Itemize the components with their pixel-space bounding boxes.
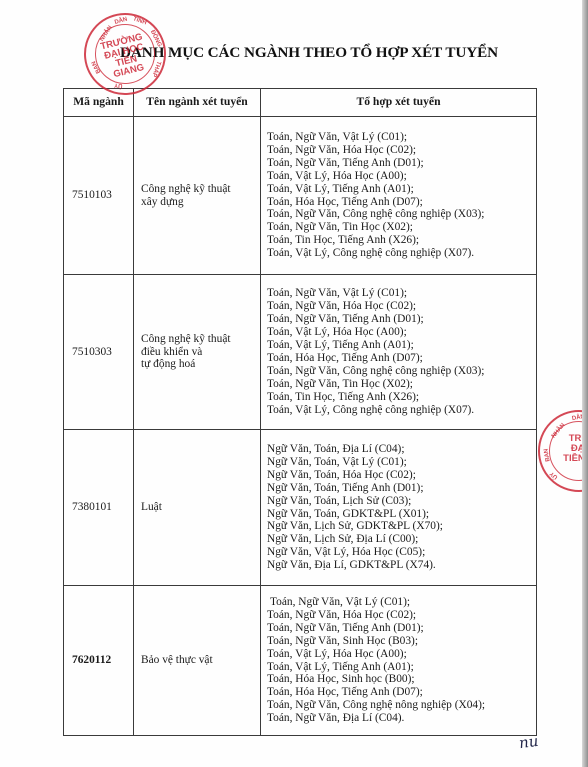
school-seal-stamp-partial: NHÂN DÂN BAN ỦY TRƯ ĐẠI TIỀN G [538, 410, 588, 492]
subject-combination-item: Ngữ Văn, Toán, Hóa Học (C02); [267, 469, 536, 482]
major-name-cell: Công nghệ kỹ thuậtxây dựng [134, 117, 261, 275]
major-name-line: Công nghệ kỹ thuật [141, 333, 259, 346]
subject-combination-item: Ngữ Văn, Địa Lí, GDKT&PL (X74). [267, 559, 536, 572]
major-code-cell: 7620112 [64, 586, 134, 736]
document-page: DANH MỤC CÁC NGÀNH THEO TỔ HỢP XÉT TUYỂN… [0, 0, 582, 767]
subject-combination-item: Ngữ Văn, Vật Lý, Hóa Học (C05); [267, 546, 536, 559]
subject-combinations-cell: Toán, Ngữ Văn, Vật Lý (C01);Toán, Ngữ Vă… [261, 275, 537, 430]
admission-combinations-table: Mã ngành Tên ngành xét tuyển Tổ hợp xét … [63, 88, 537, 736]
school-seal-stamp: NHÂN DÂN TỈNH ĐỒNG THÁP ỦY BAN TRƯỜNG ĐẠ… [80, 9, 170, 99]
major-code-cell: 7380101 [64, 430, 134, 586]
subject-combination-item: Toán, Hóa Học, Tiếng Anh (D07); [267, 196, 536, 209]
major-code-cell: 7510303 [64, 275, 134, 430]
subject-combination-item: Ngữ Văn, Toán, Địa Lí (C04); [267, 443, 536, 456]
subject-combination-item: Ngữ Văn, Toán, Lịch Sử (C03); [267, 495, 536, 508]
handwritten-initials: nu [518, 732, 540, 753]
subject-combination-item: Toán, Vật Lý, Tiếng Anh (A01); [267, 661, 536, 674]
subject-combination-item: Toán, Hóa Học, Sinh học (B00); [267, 673, 536, 686]
subject-combination-item: Toán, Ngữ Văn, Tin Học (X02); [267, 378, 536, 391]
major-name-cell: Công nghệ kỹ thuậtđiều khiển vàtự động h… [134, 275, 261, 430]
subject-combination-item: Toán, Vật Lý, Công nghệ công nghiệp (X07… [267, 404, 536, 417]
subject-combination-item: Toán, Ngữ Văn, Vật Lý (C01); [267, 131, 536, 144]
subject-combination-item: Toán, Ngữ Văn, Hóa Học (C02); [267, 300, 536, 313]
major-code-cell: 7510103 [64, 117, 134, 275]
stamp-ring-text: ỦY [114, 82, 123, 89]
major-name-line: Luật [141, 501, 259, 514]
subject-combination-item: Toán, Ngữ Văn, Tiếng Anh (D01); [267, 313, 536, 326]
subject-combination-item: Toán, Vật Lý, Hóa Học (A00); [267, 170, 536, 183]
document-title: DANH MỤC CÁC NGÀNH THEO TỔ HỢP XÉT TUYỂN [120, 44, 520, 62]
subject-combinations-cell: Toán, Ngữ Văn, Vật Lý (C01);Toán, Ngữ Vă… [261, 586, 537, 736]
table-row: 7380101LuậtNgữ Văn, Toán, Địa Lí (C04);N… [64, 430, 537, 586]
major-name-line: Bảo vệ thực vật [141, 654, 259, 667]
subject-combination-item: Toán, Ngữ Văn, Sinh Học (B03); [267, 635, 536, 648]
subject-combination-item: Ngữ Văn, Lịch Sử, Địa Lí (C00); [267, 533, 536, 546]
subject-combination-item: Toán, Ngữ Văn, Công nghệ công nghiệp (X0… [267, 208, 536, 221]
subject-combination-item: Ngữ Văn, Toán, Tiếng Anh (D01); [267, 482, 536, 495]
major-name-line: điều khiển và [141, 346, 259, 359]
subject-combination-item: Toán, Ngữ Văn, Tiếng Anh (D01); [267, 622, 536, 635]
subject-combination-item: Toán, Ngữ Văn, Hóa Học (C02); [267, 144, 536, 157]
header-subject-combinations: Tổ hợp xét tuyển [261, 89, 537, 117]
stamp-ring-text: BAN [543, 448, 551, 462]
subject-combination-item: Toán, Vật Lý, Hóa Học (A00); [267, 648, 536, 661]
subject-combination-item: Toán, Ngữ Văn, Địa Lí (C04). [267, 712, 536, 725]
major-name-cell: Luật [134, 430, 261, 586]
subject-combination-item: Toán, Vật Lý, Hóa Học (A00); [267, 326, 536, 339]
major-name-line: Công nghệ kỹ thuật [141, 183, 259, 196]
subject-combination-item: Toán, Ngữ Văn, Công nghệ nông nghiệp (X0… [267, 699, 536, 712]
subject-combination-item: Toán, Hóa Học, Tiếng Anh (D07); [267, 686, 536, 699]
major-name-line: xây dựng [141, 196, 259, 209]
stamp-ring-text: TỈNH [132, 16, 147, 26]
subject-combination-item: Toán, Vật Lý, Tiếng Anh (A01); [267, 339, 536, 352]
table-row: 7620112Bảo vệ thực vậtToán, Ngữ Văn, Vật… [64, 586, 537, 736]
subject-combination-item: Toán, Ngữ Văn, Công nghệ công nghiệp (X0… [267, 365, 536, 378]
header-major-name: Tên ngành xét tuyển [134, 89, 261, 117]
subject-combination-item: Ngữ Văn, Toán, Vật Lý (C01); [267, 456, 536, 469]
subject-combination-item: Toán, Ngữ Văn, Tiếng Anh (D01); [267, 157, 536, 170]
stamp-ring-text: ỦY [549, 470, 559, 480]
scan-page-edge [582, 0, 588, 767]
subject-combinations-cell: Toán, Ngữ Văn, Vật Lý (C01);Toán, Ngữ Vă… [261, 117, 537, 275]
subject-combination-item: Toán, Vật Lý, Công nghệ công nghiệp (X07… [267, 247, 536, 260]
stamp-ring-text: ĐỒNG [149, 29, 162, 48]
major-name-line: tự động hoá [141, 358, 259, 371]
table-row: 7510103Công nghệ kỹ thuậtxây dựngToán, N… [64, 117, 537, 275]
subject-combination-item: Toán, Tin Học, Tiếng Anh (X26); [267, 234, 536, 247]
major-name-cell: Bảo vệ thực vật [134, 586, 261, 736]
subject-combination-item: Toán, Ngữ Văn, Vật Lý (C01); [267, 596, 536, 609]
subject-combination-item: Ngữ Văn, Lịch Sử, GDKT&PL (X70); [267, 520, 536, 533]
subject-combinations-cell: Ngữ Văn, Toán, Địa Lí (C04);Ngữ Văn, Toá… [261, 430, 537, 586]
subject-combination-item: Toán, Tin Học, Tiếng Anh (X26); [267, 391, 536, 404]
subject-combination-item: Toán, Ngữ Văn, Vật Lý (C01); [267, 287, 536, 300]
subject-combination-item: Toán, Vật Lý, Tiếng Anh (A01); [267, 183, 536, 196]
subject-combination-item: Ngữ Văn, Toán, GDKT&PL (X01); [267, 508, 536, 521]
subject-combination-item: Toán, Ngữ Văn, Hóa Học (C02); [267, 609, 536, 622]
subject-combination-item: Toán, Hóa Học, Tiếng Anh (D07); [267, 352, 536, 365]
stamp-ring-text: DÂN [114, 17, 128, 26]
table-row: 7510303Công nghệ kỹ thuậtđiều khiển vàtự… [64, 275, 537, 430]
subject-combination-item: Toán, Ngữ Văn, Tin Học (X02); [267, 221, 536, 234]
